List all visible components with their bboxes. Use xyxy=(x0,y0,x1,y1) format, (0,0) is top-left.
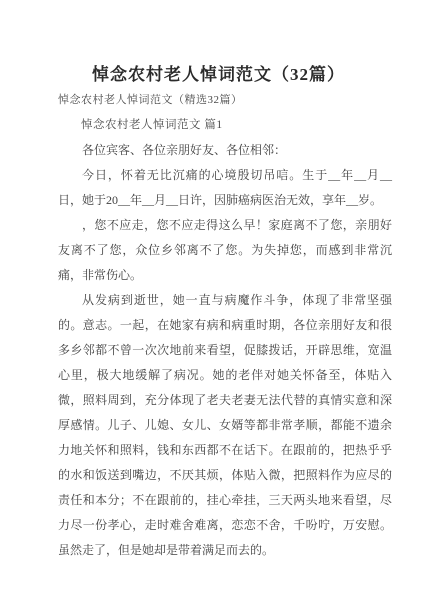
document-page: 悼念农村老人悼词范文（32篇） 悼念农村老人悼词范文（精选32篇） 悼念农村老人… xyxy=(0,0,424,600)
page-title: 悼念农村老人悼词范文（32篇） xyxy=(45,64,392,86)
document-body: 各位宾客、各位亲朋好友、各位相邻： 今日，怀着无比沉痛的心境殷切吊唁。生于__年… xyxy=(58,138,392,563)
paragraph: 从发病到逝世，她一直与病魔作斗争，体现了非常坚强的。意志。一起，在她家有病和病重… xyxy=(58,288,392,563)
section-heading: 悼念农村老人悼词范文 篇1 xyxy=(58,113,392,138)
paragraph: ，您不应走，您不应走得这么早！家庭离不了您，亲朋好友离不了您，众位乡邻离不了您。… xyxy=(58,213,392,288)
paragraph-salutation: 各位宾客、各位亲朋好友、各位相邻： xyxy=(58,138,392,163)
paragraph: 今日，怀着无比沉痛的心境殷切吊唁。生于__年__月__日，她于20__年__月_… xyxy=(58,163,392,213)
document-subtitle: 悼念农村老人悼词范文（精选32篇） xyxy=(58,88,392,113)
